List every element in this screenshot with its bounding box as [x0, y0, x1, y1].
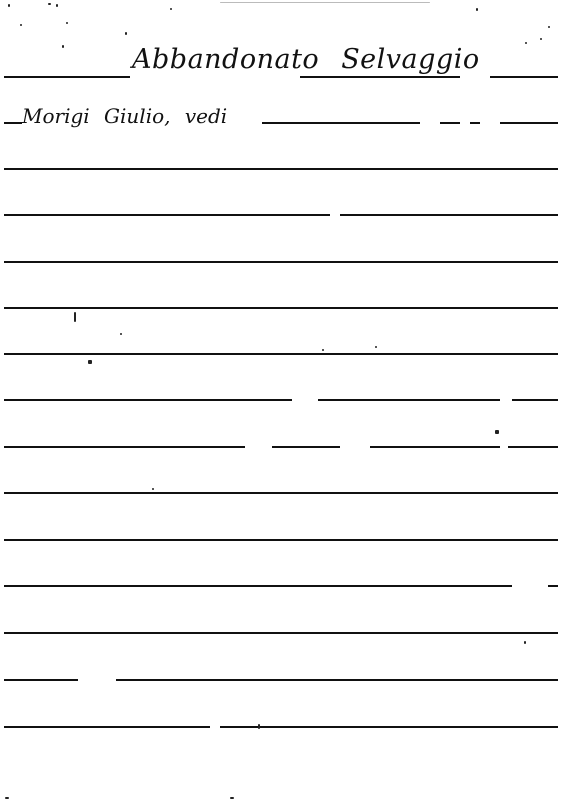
entry-surname: Morigi: [22, 104, 90, 128]
scan-speck: [5, 797, 9, 799]
ruled-line-segment: [4, 679, 78, 681]
ruled-line-segment: [508, 446, 558, 448]
ruled-line-segment: [4, 122, 22, 124]
scan-speck: [62, 45, 64, 48]
ruled-line-segment: [300, 76, 460, 78]
ruled-line-segment: [4, 399, 292, 401]
scan-speck: [120, 333, 122, 335]
ruled-line-segment: [272, 446, 340, 448]
ruled-line-segment: [4, 632, 558, 634]
scan-speck: [152, 488, 154, 490]
scan-speck: [525, 42, 527, 44]
ruled-line-segment: [340, 214, 558, 216]
heading-word-1: Abbandonato: [132, 44, 319, 75]
scan-speck: [548, 26, 550, 28]
scan-speck: [258, 724, 260, 729]
ruled-line-segment: [490, 76, 558, 78]
page-heading: AbbandonatoSelvaggio: [132, 44, 480, 75]
ruled-line-segment: [4, 168, 558, 170]
scan-speck: [48, 3, 51, 5]
ruled-line-segment: [4, 261, 558, 263]
ruled-line-segment: [470, 122, 480, 124]
ruled-line-segment: [4, 353, 558, 355]
ruled-line-segment: [548, 585, 558, 587]
scan-speck: [74, 312, 76, 322]
scan-speck: [8, 4, 10, 7]
scan-speck: [524, 641, 526, 644]
scan-speck: [230, 797, 234, 799]
ruled-line-segment: [4, 492, 558, 494]
scan-speck: [322, 349, 324, 351]
scan-speck: [56, 4, 58, 7]
ledger-page: AbbandonatoSelvaggio Morigi Giulio, vedi: [0, 0, 562, 800]
ruled-line-segment: [370, 446, 500, 448]
ruled-line-segment: [220, 726, 558, 728]
scan-speck: [170, 8, 172, 10]
scan-speck: [220, 2, 430, 3]
entry-note: vedi: [185, 104, 227, 128]
scan-speck: [125, 32, 127, 35]
scan-speck: [495, 430, 499, 434]
scan-speck: [88, 360, 92, 364]
ruled-line-segment: [4, 539, 558, 541]
ruled-line-segment: [4, 585, 512, 587]
ruled-line-segment: [440, 122, 460, 124]
scan-speck: [20, 24, 22, 26]
ruled-line-segment: [500, 122, 558, 124]
ruled-line-segment: [4, 214, 330, 216]
ruled-line-segment: [4, 446, 245, 448]
scan-speck: [540, 38, 542, 40]
ruled-line-segment: [4, 726, 210, 728]
entry-given-name: Giulio,: [104, 104, 170, 128]
scan-speck: [66, 22, 68, 24]
ruled-line-segment: [262, 122, 420, 124]
scan-speck: [476, 8, 478, 11]
ruled-line-segment: [512, 399, 558, 401]
ruled-line-segment: [116, 679, 558, 681]
entry-line: Morigi Giulio, vedi: [22, 104, 235, 128]
heading-word-2: Selvaggio: [341, 44, 479, 75]
ruled-line-segment: [318, 399, 500, 401]
ruled-line-segment: [4, 76, 130, 78]
scan-speck: [375, 346, 377, 348]
ruled-line-segment: [4, 307, 558, 309]
